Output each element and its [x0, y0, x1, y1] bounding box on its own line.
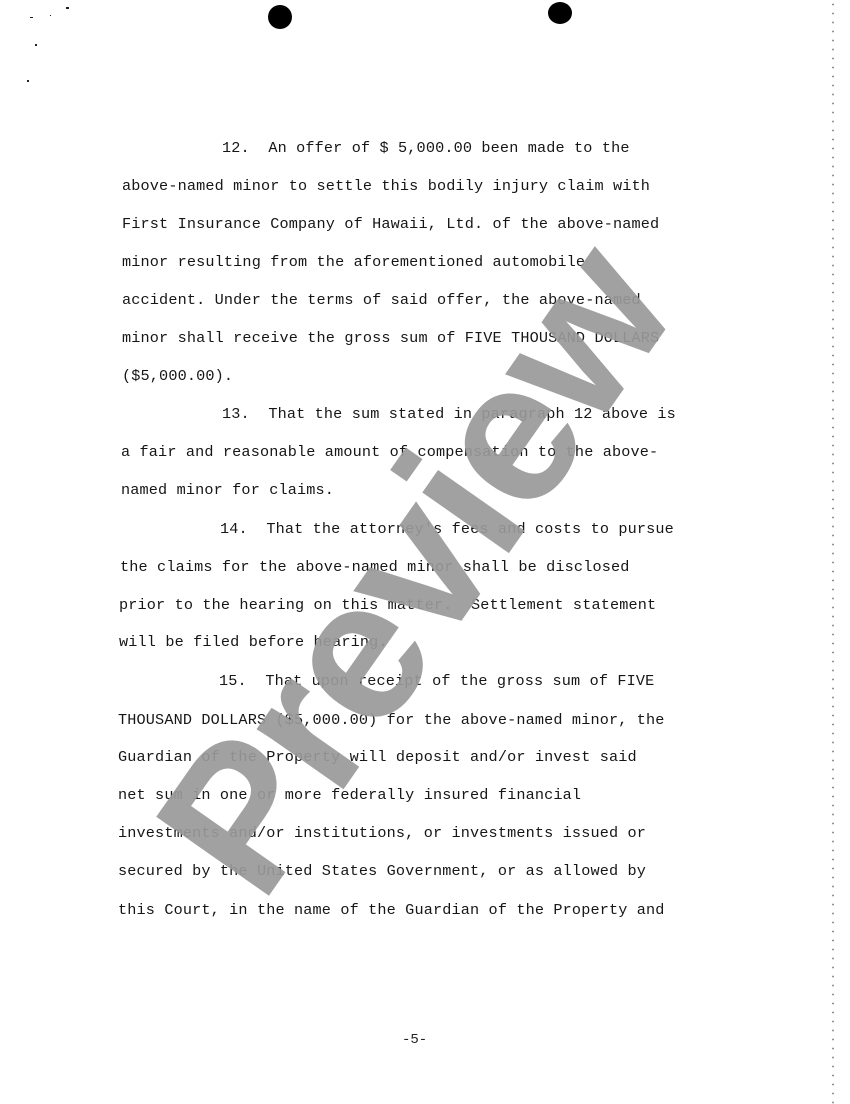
paragraph-line: investments and/or institutions, or inve… [118, 824, 646, 842]
scan-speck [27, 80, 29, 82]
paragraph-line: named minor for claims. [121, 481, 334, 499]
scan-speck [50, 15, 51, 16]
scan-speck [35, 44, 37, 46]
paragraph-line: a fair and reasonable amount of compensa… [121, 443, 658, 461]
paragraph-line: prior to the hearing on this matter. Set… [119, 596, 656, 614]
paragraph-line: accident. Under the terms of said offer,… [122, 291, 641, 309]
paragraph-line: will be filed before hearing. [119, 633, 388, 651]
paragraph-14-first-line: 14. That the attorney's fees and costs t… [220, 520, 674, 538]
punch-hole-right [548, 2, 572, 24]
paragraph-15-first-line: 15. That upon receipt of the gross sum o… [219, 672, 654, 690]
paragraph-number: 12. [222, 139, 250, 157]
paragraph-line: above-named minor to settle this bodily … [122, 177, 650, 195]
punch-hole-left [268, 5, 292, 29]
scan-speck [66, 7, 69, 9]
paragraph-line: minor shall receive the gross sum of FIV… [122, 329, 659, 347]
paragraph-line: THOUSAND DOLLARS ($5,000.00) for the abo… [118, 711, 665, 729]
paragraph-12-first-line: 12. An offer of $ 5,000.00 been made to … [222, 139, 630, 157]
paragraph-line: Guardian of the Property will deposit an… [118, 748, 637, 766]
paragraph-13-first-line: 13. That the sum stated in paragraph 12 … [222, 405, 676, 423]
paragraph-number: 15. [219, 672, 247, 690]
paragraph-line: this Court, in the name of the Guardian … [118, 901, 665, 919]
paragraph-text: That the attorney's fees and costs to pu… [266, 520, 674, 538]
paragraph-line: net sum in one or more federally insured… [118, 786, 581, 804]
paragraph-line: the claims for the above-named minor sha… [120, 558, 630, 576]
paragraph-number: 14. [220, 520, 248, 538]
scan-speck [30, 17, 33, 18]
paragraph-line: secured by the United States Government,… [118, 862, 646, 880]
paragraph-text: That the sum stated in paragraph 12 abov… [268, 405, 676, 423]
paragraph-line: minor resulting from the aforementioned … [122, 253, 585, 271]
paragraph-number: 13. [222, 405, 250, 423]
paragraph-line: First Insurance Company of Hawaii, Ltd. … [122, 215, 659, 233]
page-number: -5- [402, 1032, 427, 1048]
paragraph-text: That upon receipt of the gross sum of FI… [265, 672, 654, 690]
document-page: 12. An offer of $ 5,000.00 been made to … [0, 0, 850, 1104]
scan-margin-artifact [832, 0, 834, 1104]
paragraph-text: An offer of $ 5,000.00 been made to the [268, 139, 629, 157]
paragraph-line: ($5,000.00). [122, 367, 233, 385]
